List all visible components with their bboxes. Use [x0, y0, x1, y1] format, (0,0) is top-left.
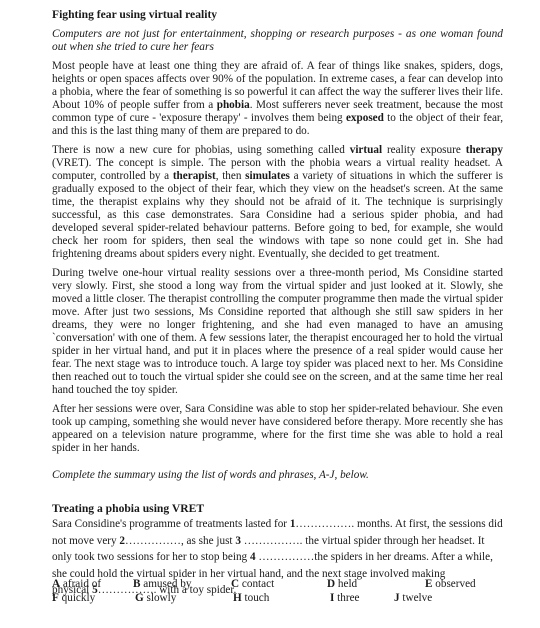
- paragraph-4: After her sessions were over, Sara Consi…: [52, 403, 503, 455]
- option-text: quickly: [59, 592, 95, 604]
- text-segment: a variety of situations in which the suf…: [52, 170, 503, 260]
- option-letter: H: [233, 592, 242, 604]
- option-d: D held: [327, 577, 357, 591]
- article-subtitle: Computers are not just for entertainment…: [52, 28, 503, 54]
- option-e: E observed: [425, 577, 476, 591]
- bold-term: phobia: [217, 99, 250, 111]
- paragraph-1: Most people have at least one thing they…: [52, 60, 503, 138]
- options-row-2: F quicklyG slowlyH touchI threeJ twelve: [52, 591, 512, 605]
- option-g: G slowly: [135, 591, 176, 605]
- option-b: B amused by: [133, 577, 191, 591]
- text-segment: ……………, as she just: [125, 535, 235, 547]
- option-c: C contact: [231, 577, 274, 591]
- option-f: F quickly: [52, 591, 95, 605]
- option-text: held: [335, 578, 357, 590]
- bold-term: exposed: [346, 112, 384, 124]
- option-letter: D: [327, 578, 335, 590]
- paragraph-2: There is now a new cure for phobias, usi…: [52, 144, 503, 261]
- option-text: observed: [432, 578, 475, 590]
- bold-term: therapist: [173, 170, 216, 182]
- option-text: slowly: [144, 592, 177, 604]
- option-text: amused by: [140, 578, 191, 590]
- option-a: A afraid of: [52, 577, 101, 591]
- bold-term: simulates: [245, 170, 290, 182]
- text-segment: , then: [216, 170, 245, 182]
- option-letter: F: [52, 592, 59, 604]
- option-text: three: [334, 592, 359, 604]
- option-j: J twelve: [394, 591, 432, 605]
- article-title: Fighting fear using virtual reality: [52, 8, 503, 22]
- text-segment: During twelve one-hour virtual reality s…: [52, 267, 503, 396]
- summary-title: Treating a phobia using VRET: [52, 502, 503, 516]
- option-text: touch: [242, 592, 270, 604]
- option-h: H touch: [233, 591, 269, 605]
- option-text: twelve: [400, 592, 433, 604]
- option-letter: C: [231, 578, 239, 590]
- option-text: contact: [239, 578, 274, 590]
- option-letter: A: [52, 578, 60, 590]
- bold-term: virtual: [350, 144, 382, 156]
- option-text: afraid of: [60, 578, 101, 590]
- text-segment: reality exposure: [382, 144, 466, 156]
- task-instruction: Complete the summary using the list of w…: [52, 469, 503, 482]
- options-list: A afraid ofB amused byC contactD heldE o…: [52, 577, 512, 605]
- text-segment: Sara Considine's programme of treatments…: [52, 518, 290, 530]
- paragraph-3: During twelve one-hour virtual reality s…: [52, 267, 503, 397]
- document-page: Fighting fear using virtual reality Comp…: [52, 8, 503, 599]
- bold-term: therapy: [466, 144, 503, 156]
- options-row-1: A afraid ofB amused byC contactD heldE o…: [52, 577, 512, 591]
- option-letter: G: [135, 592, 144, 604]
- text-segment: There is now a new cure for phobias, usi…: [52, 144, 350, 156]
- text-segment: After her sessions were over, Sara Consi…: [52, 403, 503, 454]
- option-i: I three: [330, 591, 360, 605]
